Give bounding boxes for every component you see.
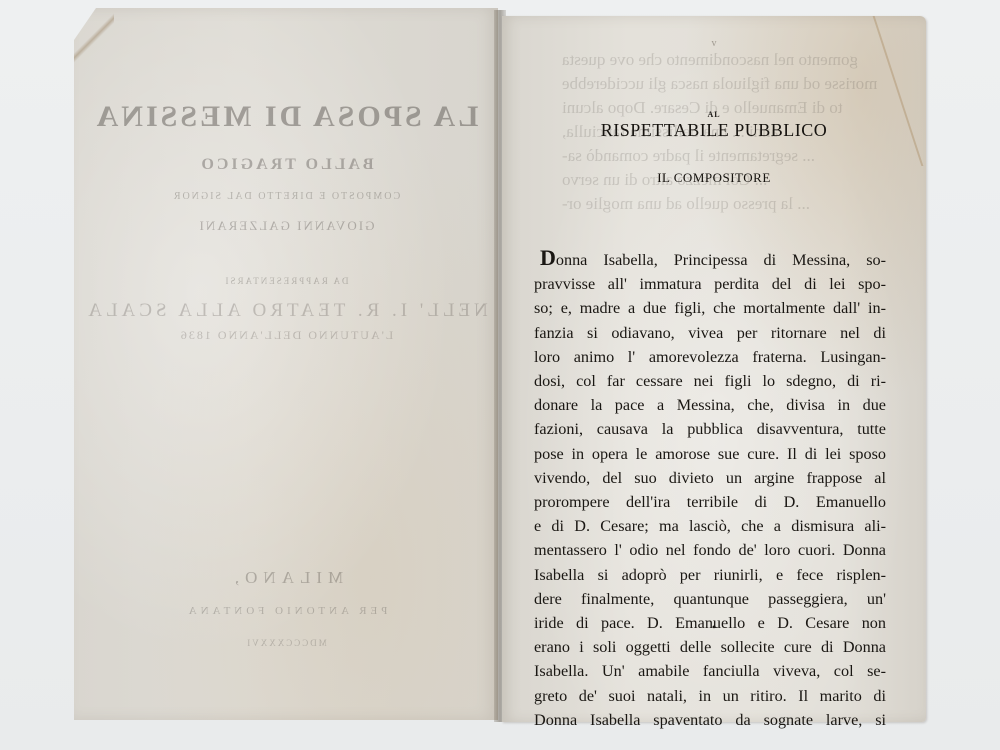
ghost-author: GIOVANNI GALZERANI: [74, 218, 498, 234]
ghost-title: LA SPOSA DI MESSINA: [74, 100, 498, 134]
page-number: v: [502, 38, 926, 49]
body-line: Donna Isabella, Principessa di Messina, …: [534, 246, 886, 272]
drop-cap: D: [540, 245, 556, 270]
body-line: dosi, col far cessare nei figli lo sdegn…: [534, 369, 886, 393]
body-line: erano i soli oggetti delle sollecite cur…: [534, 635, 886, 659]
body-text: Donna Isabella, Principessa di Messina, …: [534, 246, 886, 732]
ghost-performance-note: DA RAPPRESENTARSI: [74, 276, 498, 286]
body-line: greto de' suoi natali, in un ritiro. Il …: [534, 684, 886, 708]
left-page: LA SPOSA DI MESSINA BALLO TRAGICO COMPOS…: [74, 8, 498, 720]
dedication-title: RISPETTABILE PUBBLICO: [502, 120, 926, 141]
body-line: prorompere dell'ira terribile di D. Eman…: [534, 490, 886, 514]
open-book-spread: LA SPOSA DI MESSINA BALLO TRAGICO COMPOS…: [0, 0, 1000, 750]
body-line: Isabella. Un' amabile fanciulla viveva, …: [534, 659, 886, 683]
body-line: Donna Isabella spaventato da sognate lar…: [534, 708, 886, 732]
body-line: pravvisse all' immatura perdita del di l…: [534, 272, 886, 296]
ghost-theatre: NELL' I. R. TEATRO ALLA SCALA: [74, 300, 498, 322]
show-through-line: ... segretamente il padre comandò sa-: [502, 146, 926, 166]
show-through-line: morisse od una figliuola nasca gli uccid…: [502, 74, 926, 94]
body-line: Isabella si adoprò per riunirli, e fece …: [534, 563, 886, 587]
body-line: donare la pace a Messina, che, divisa in…: [534, 393, 886, 417]
body-line: e di D. Cesare; ma lasciò, che a dismisu…: [534, 514, 886, 538]
signature-mark: •: [502, 620, 926, 635]
ghost-subtitle: BALLO TRAGICO: [74, 156, 498, 174]
body-line: mentassero l' odio nel fondo de' loro cu…: [534, 538, 886, 562]
body-line: so; e, madre a due figli, che mortalment…: [534, 296, 886, 320]
body-line: loro animo l' amorevolezza fraterna. Lus…: [534, 345, 886, 369]
ghost-season: L'AUTUNNO DELL'ANNO 1836: [74, 328, 498, 343]
dedication-prefix: AL: [502, 110, 926, 119]
right-page: gomento nel nascondimento che ove questa…: [502, 16, 926, 722]
body-line: pose in opera le amorose sue cure. Il di…: [534, 442, 886, 466]
body-line: vivendo, del suo divieto un argine frapp…: [534, 466, 886, 490]
ghost-city: MILANO,: [74, 568, 498, 588]
ghost-composed-by: COMPOSTO E DIRETTO DAL SIGNOR: [74, 191, 498, 202]
body-line: dere finalmente, quantunque passeggiera,…: [534, 587, 886, 611]
body-line: fazioni, causava la pubblica disavventur…: [534, 417, 886, 441]
show-through-line: ... la presso quello ad una moglie or-: [502, 194, 926, 214]
show-through-line: gomento nel nascondimento che ove questa: [502, 50, 926, 70]
dedication-from: IL COMPOSITORE: [502, 170, 926, 186]
ghost-printer: PER ANTONIO FONTANA: [74, 605, 498, 617]
ghost-year: MDCCCXXXVI: [74, 638, 498, 648]
body-line: fanzia si odiavano, vivea per ritornare …: [534, 321, 886, 345]
